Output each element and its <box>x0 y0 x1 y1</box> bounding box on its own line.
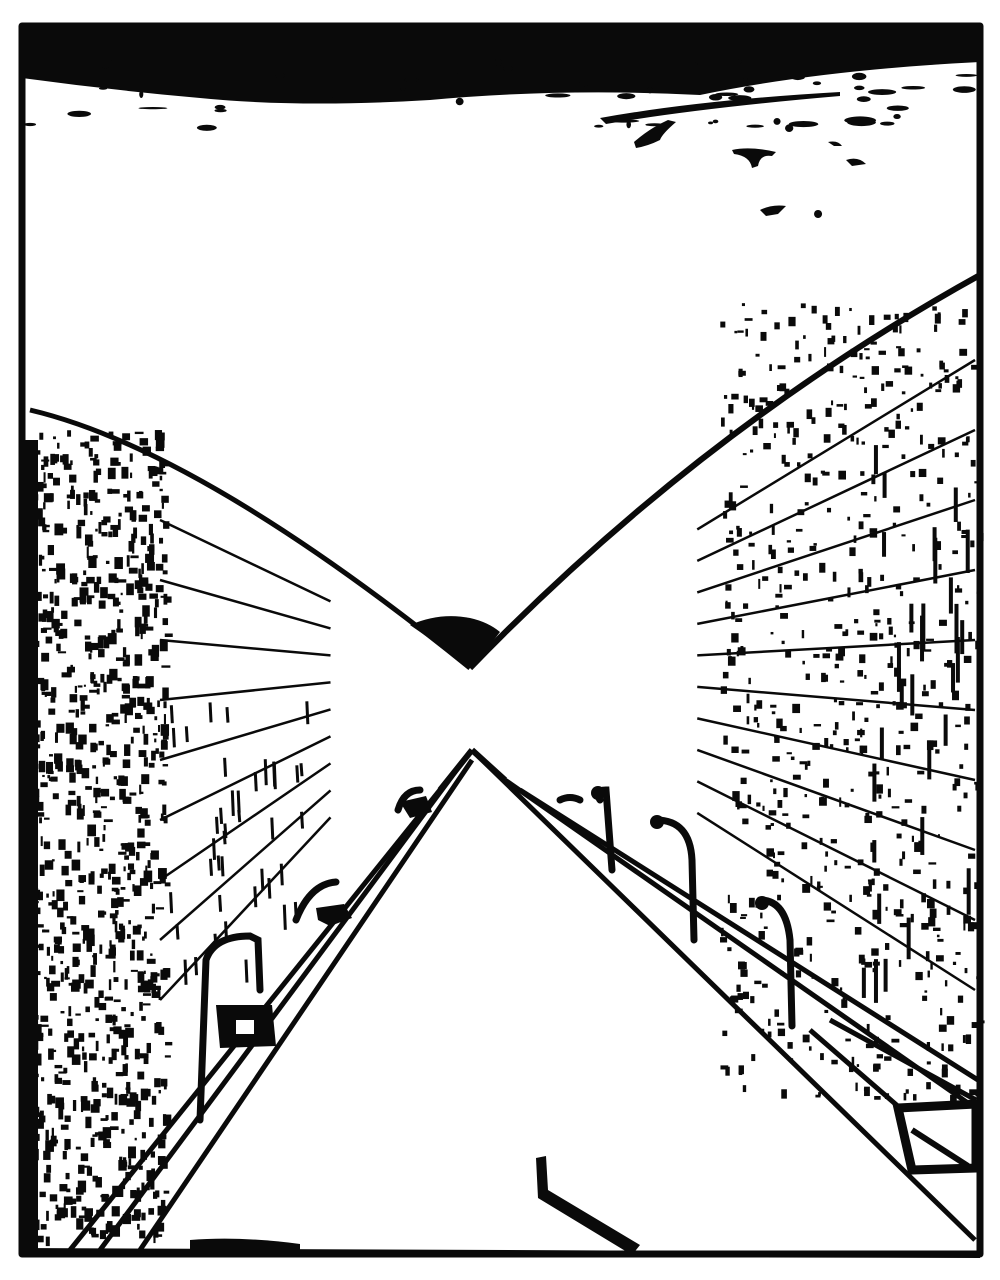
street-perspective-print <box>0 0 1000 1280</box>
